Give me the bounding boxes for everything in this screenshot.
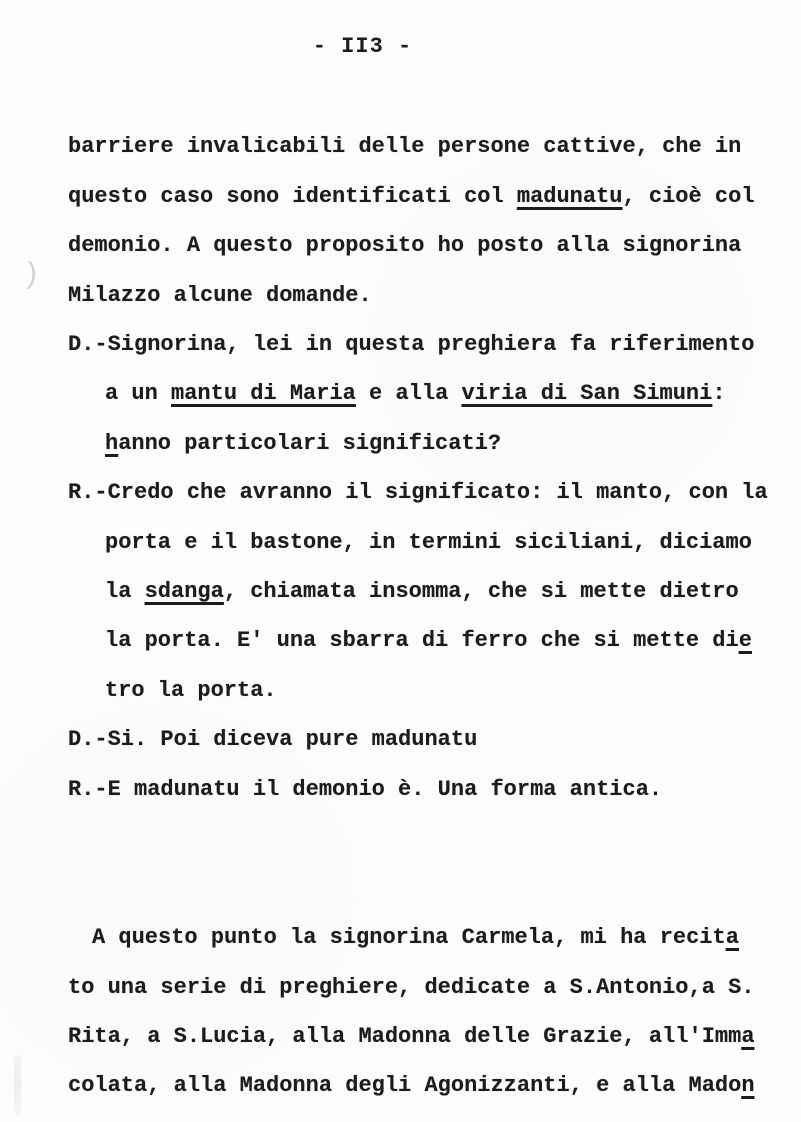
text-segment: tro la porta. xyxy=(105,678,277,703)
text-segment: questo caso sono identificati col xyxy=(68,184,517,209)
text-segment: : xyxy=(712,381,725,406)
scan-artifact-mark: ) xyxy=(20,251,41,302)
text-line: colata, alla Madonna degli Agonizzanti, … xyxy=(68,1061,733,1110)
text-segment: anno particolari significati? xyxy=(118,431,501,456)
text-line-answer: la porta. E' una sbarra di ferro che si … xyxy=(68,616,733,665)
text-line-answer: porta e il bastone, in termini siciliani… xyxy=(68,518,733,567)
underlined-letter: e xyxy=(739,628,752,653)
text-segment: la porta. E' una sbarra di ferro che si … xyxy=(105,628,739,653)
text-line: to una serie di preghiere, dedicate a S.… xyxy=(68,963,733,1012)
text-segment: porta e il bastone, in termini siciliani… xyxy=(105,530,752,555)
text-line-paragraph-start: A questo punto la signorina Carmela, mi … xyxy=(68,913,733,962)
text-line: Rita, a S.Lucia, alla Madonna delle Graz… xyxy=(68,1012,733,1061)
text-line-answer: tro la porta. xyxy=(68,666,733,715)
underlined-term: sdanga xyxy=(145,579,224,604)
scan-edge-smudge xyxy=(14,1055,21,1115)
text-line: questo caso sono identificati col maduna… xyxy=(68,172,733,221)
text-segment: barriere invalicabili delle persone catt… xyxy=(68,134,741,159)
document-page: - II3 - ) barriere invalicabili delle pe… xyxy=(0,0,801,1122)
text-line-question: D.-Si. Poi diceva pure madunatu xyxy=(68,715,733,764)
text-segment: colata, alla Madonna degli Agonizzanti, … xyxy=(68,1073,741,1098)
text-line-answer: R.-Credo che avranno il significato: il … xyxy=(68,468,733,517)
text-segment: to una serie di preghiere, dedicate a S.… xyxy=(68,975,755,1000)
text-line-answer: R.-E madunatu il demonio è. Una forma an… xyxy=(68,765,733,814)
text-line: barriere invalicabili delle persone catt… xyxy=(68,122,733,171)
underlined-letter: a xyxy=(741,1024,754,1049)
underlined-term: mantu di Maria xyxy=(171,381,356,406)
text-segment: A questo punto la signorina Carmela, mi … xyxy=(92,925,726,950)
text-line-question: a un mantu di Maria e alla viria di San … xyxy=(68,369,733,418)
underlined-term: madunatu xyxy=(517,184,623,209)
text-segment: , cioè col xyxy=(623,184,755,209)
typewritten-text-block: barriere invalicabili delle persone catt… xyxy=(0,122,733,1110)
text-segment: a un xyxy=(105,381,171,406)
underlined-letter: n xyxy=(741,1073,754,1098)
text-segment: demonio. A questo proposito ho posto all… xyxy=(68,233,741,258)
underlined-term: viria di San Simuni xyxy=(461,381,712,406)
text-segment: Milazzo alcune domande. xyxy=(68,283,372,308)
text-line: Milazzo alcune domande. xyxy=(68,271,733,320)
text-segment: la xyxy=(105,579,145,604)
text-line-question: D.-Signorina, lei in questa preghiera fa… xyxy=(68,320,733,369)
text-segment: D.-Signorina, lei in questa preghiera fa… xyxy=(68,332,755,357)
text-segment: D.-Si. Poi diceva pure madunatu xyxy=(68,727,477,752)
text-segment: , chiamata insomma, che si mette dietro xyxy=(224,579,739,604)
text-line-answer: la sdanga, chiamata insomma, che si mett… xyxy=(68,567,733,616)
underlined-letter: a xyxy=(726,925,739,950)
text-segment: R.-E madunatu il demonio è. Una forma an… xyxy=(68,777,662,802)
text-segment: Rita, a S.Lucia, alla Madonna delle Graz… xyxy=(68,1024,741,1049)
page-number: - II3 - xyxy=(0,22,763,71)
text-line-question: hanno particolari significati? xyxy=(68,419,733,468)
text-segment: R.-Credo che avranno il significato: il … xyxy=(68,480,768,505)
underlined-letter: h xyxy=(105,431,118,456)
text-line: demonio. A questo proposito ho posto all… xyxy=(68,221,733,270)
text-segment: e alla xyxy=(356,381,462,406)
